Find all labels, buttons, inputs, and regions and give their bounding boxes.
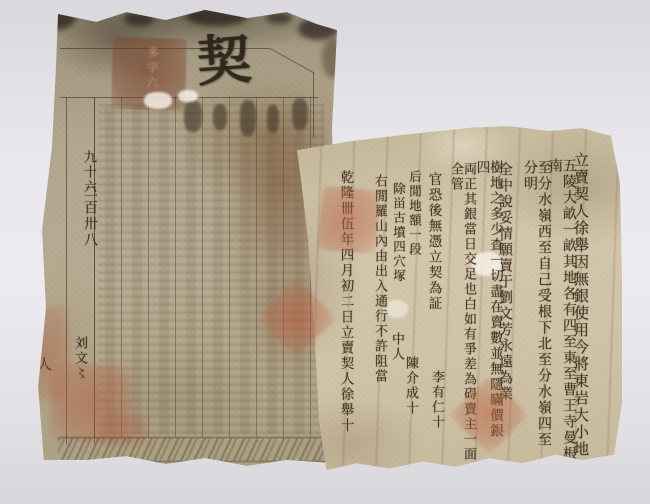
deed-column-8: 后閒地額一段 (408, 170, 421, 280)
red-stamp-partial (20, 306, 70, 400)
ink-stain (298, 18, 338, 40)
left-deed-surface: 契 多字六 九十六 二百卅八 刘文〻 人 (36, 8, 338, 470)
seal-label-text: 多字六 (144, 46, 162, 91)
ink-stain (266, 12, 292, 24)
contract-header-character: 契 (172, 27, 276, 96)
paper-damage-spot (178, 90, 198, 102)
ink-stain (186, 6, 248, 26)
red-square-seal (317, 186, 380, 255)
mediator-signature-1: 陳介成十 (404, 356, 417, 448)
ink-stain (124, 12, 154, 26)
photo-of-two-old-chinese-deeds: 契 多字六 九十六 二百卅八 刘文〻 人 (0, 0, 650, 504)
mediator-label: 中人 (390, 332, 403, 368)
left-deed-paper: 契 多字六 九十六 二百卅八 刘文〻 人 (36, 8, 338, 470)
stain (322, 38, 344, 78)
deed-column-2: 五陵大畝一畝其地各有四至東至曹王寺曼根南 (548, 158, 576, 462)
ink-smudge (184, 100, 202, 132)
printed-decorative-border (58, 437, 326, 462)
deed-column-9: 除畄古墳四穴塚 (392, 182, 405, 312)
mediator-signature-2: 李有仁十 (430, 370, 443, 462)
handwritten-number: 二百卅八 (83, 184, 97, 260)
paper-damage-spot (144, 92, 172, 109)
ink-stain (32, 4, 76, 30)
deed-column-7: 官恐後無憑立契為証 (426, 172, 440, 348)
ink-smudge (213, 104, 227, 130)
